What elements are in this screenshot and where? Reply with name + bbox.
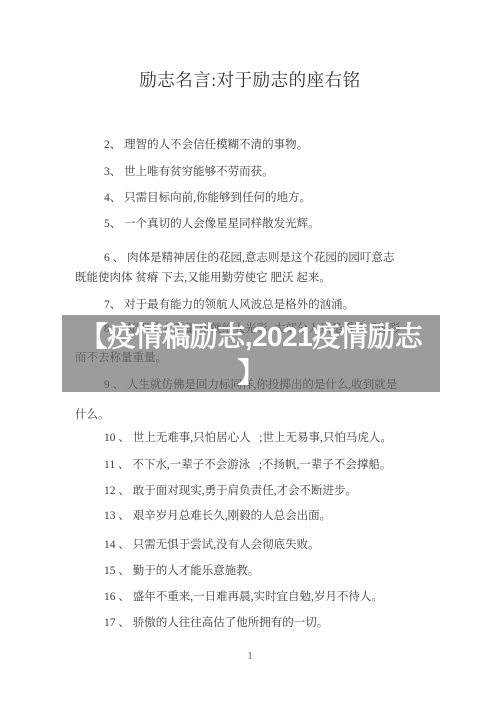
list-item-line: 13 、 艰辛岁月总难长久,刚毅的人总会出面。: [75, 506, 425, 526]
list-item-line: 14 、 只需无惧于尝试,没有人会彻底失败。: [75, 535, 425, 555]
list-item-line: 16 、 盛年不重来,一日难再晨,实时宜自勉,岁月不待人。: [75, 587, 425, 607]
list-item-line: 6 、 肉体是精神居住的花园,意志则是这个花园的园叮意志: [75, 248, 425, 268]
list-item-line: 4、 只需目标向前,你能够到任何的地方。: [75, 188, 425, 208]
list-item-line: 3、 世上唯有贫穷能够不劳而获。: [75, 162, 425, 182]
list-item-line: 15 、 勤于的人才能乐意施教。: [75, 561, 425, 581]
list-item-line: 10 、 世上无难事,只怕居心人 ;世上无易事,只怕马虎人。: [75, 428, 425, 448]
overlay-banner: 【疫情稿励志,2021疫情励志 】: [62, 315, 440, 392]
list-item-line: 5、 一个真切的人会像星星同样散发光辉。: [75, 214, 425, 234]
list-item-line: 17 、 骄傲的人往往高估了他所拥有的一切。: [75, 613, 425, 633]
page-number: 1: [75, 650, 425, 664]
list-item-line: 什么。: [75, 405, 425, 425]
list-item-line: 11 、 不下水,一辈子不会游泳 ;不扬帆,一辈子不会撑船。: [75, 455, 425, 475]
overlay-title-line-1: 【疫情稿励志,2021疫情励志: [80, 319, 423, 355]
list-item-line: 7、 对于最有能力的领航人风波总是格外的汹涌。: [75, 295, 425, 315]
list-item-line: 12 、 敢于面对现实,勇于肩负责任,才会不断进步。: [75, 481, 425, 501]
list-item-line: 既能使肉体 贫瘠 下去,又能用勤劳使它 肥沃 起来。: [75, 268, 425, 288]
list-item-line: 2、 理智的人不会信任模糊不清的事物。: [75, 135, 425, 155]
page-title: 励志名言:对于励志的座右铭: [75, 68, 425, 92]
overlay-title-line-2: 】: [237, 355, 265, 391]
